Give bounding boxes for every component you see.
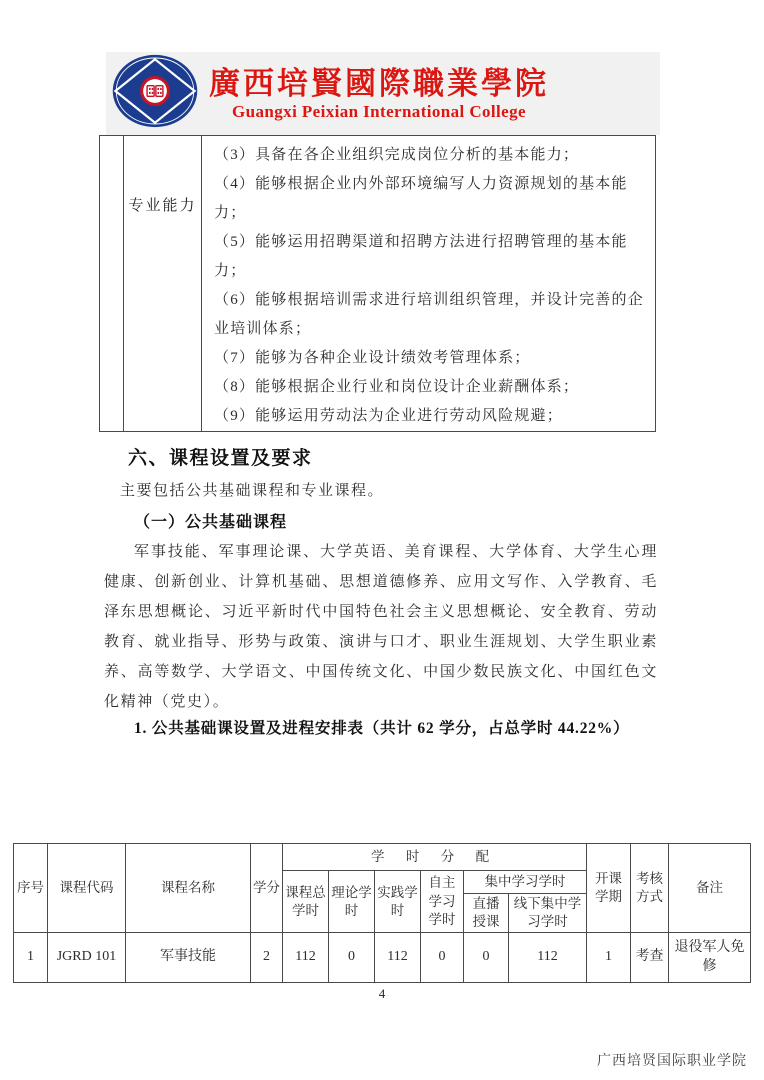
footer-college-name: 广西培贤国际职业学院: [597, 1050, 747, 1070]
college-seal-icon: [111, 54, 199, 128]
ability-item: （5）能够运用招聘渠道和招聘方法进行招聘管理的基本能力；: [214, 228, 645, 286]
cell-name: 军事技能: [126, 933, 251, 983]
cell-remarks: 退役军人免修: [669, 933, 751, 983]
section-heading: 六、课程设置及要求: [128, 443, 313, 470]
college-header: 廣西培賢國際職業學院 Guangxi Peixian International…: [106, 52, 660, 135]
college-name-zh: 廣西培賢國際職業學院: [209, 66, 549, 102]
col-header-live-hours: 直播授课: [464, 894, 509, 933]
cell-credits: 2: [251, 933, 283, 983]
col-header-self-study-hours: 自主学习学时: [421, 871, 464, 933]
professional-ability-table: 专业能力 （3）具备在各企业组织完成岗位分析的基本能力； （4）能够根据企业内外…: [99, 135, 656, 432]
col-header-seq: 序号: [14, 844, 48, 933]
ability-item: （6）能够根据培训需求进行培训组织管理，并设计完善的企业培训体系；: [214, 286, 645, 344]
cell-semester: 1: [587, 933, 631, 983]
col-header-name: 课程名称: [126, 844, 251, 933]
col-header-offline-hours: 线下集中学习学时: [509, 894, 587, 933]
col-header-credits: 学分: [251, 844, 283, 933]
col-header-hours-group: 学 时 分 配: [283, 844, 587, 871]
col-header-semester: 开课学期: [587, 844, 631, 933]
ability-table-spacer-column: [100, 136, 124, 431]
ability-item: （9）能够运用劳动法为企业进行劳动风险规避；: [214, 402, 645, 431]
cell-self-study-hours: 0: [421, 933, 464, 983]
ability-item: （3）具备在各企业组织完成岗位分析的基本能力；: [214, 141, 645, 170]
table-row: 1 JGRD 101 军事技能 2 112 0 112 0 0 112 1 考查…: [14, 933, 751, 983]
course-overview-paragraph: 军事技能、军事理论课、大学英语、美育课程、大学体育、大学生心理健康、创新创业、计…: [104, 537, 658, 717]
ability-item: （10）能够处理简单的劳动争议；: [214, 431, 645, 432]
col-header-theory-hours: 理论学时: [329, 871, 375, 933]
course-table-title: 1. 公共基础课设置及进程安排表（共计 62 学分，占总学时 44.22%）: [134, 716, 629, 738]
ability-row-label: 专业能力: [124, 136, 202, 431]
section-intro: 主要包括公共基础课程和专业课程。: [120, 479, 384, 500]
col-header-remarks: 备注: [669, 844, 751, 933]
cell-live-hours: 0: [464, 933, 509, 983]
col-header-concentrated-group: 集中学习学时: [464, 871, 587, 894]
ability-item: （8）能够根据企业行业和岗位设计企业薪酬体系；: [214, 373, 645, 402]
subsection-heading: （一）公共基础课程: [134, 509, 287, 532]
ability-item: （7）能够为各种企业设计绩效考管理体系；: [214, 344, 645, 373]
cell-total-hours: 112: [283, 933, 329, 983]
col-header-total-hours: 课程总学时: [283, 871, 329, 933]
cell-practice-hours: 112: [375, 933, 421, 983]
cell-code: JGRD 101: [48, 933, 126, 983]
cell-theory-hours: 0: [329, 933, 375, 983]
col-header-assessment: 考核方式: [631, 844, 669, 933]
ability-item: （4）能够根据企业内外部环境编写人力资源规划的基本能力；: [214, 170, 645, 228]
cell-offline-hours: 112: [509, 933, 587, 983]
college-name-en: Guangxi Peixian International College: [209, 102, 549, 122]
college-titles: 廣西培賢國際職業學院 Guangxi Peixian International…: [209, 66, 549, 122]
course-schedule-table: 序号 课程代码 课程名称 学分 学 时 分 配 开课学期 考核方式 备注 课程总…: [13, 843, 751, 983]
cell-assessment: 考查: [631, 933, 669, 983]
col-header-practice-hours: 实践学时: [375, 871, 421, 933]
ability-items-cell: （3）具备在各企业组织完成岗位分析的基本能力； （4）能够根据企业内外部环境编写…: [202, 136, 655, 431]
document-page: 廣西培賢國際職業學院 Guangxi Peixian International…: [0, 0, 764, 1080]
college-seal-logo: [111, 54, 199, 133]
col-header-code: 课程代码: [48, 844, 126, 933]
cell-seq: 1: [14, 933, 48, 983]
page-number: 4: [0, 986, 764, 1002]
